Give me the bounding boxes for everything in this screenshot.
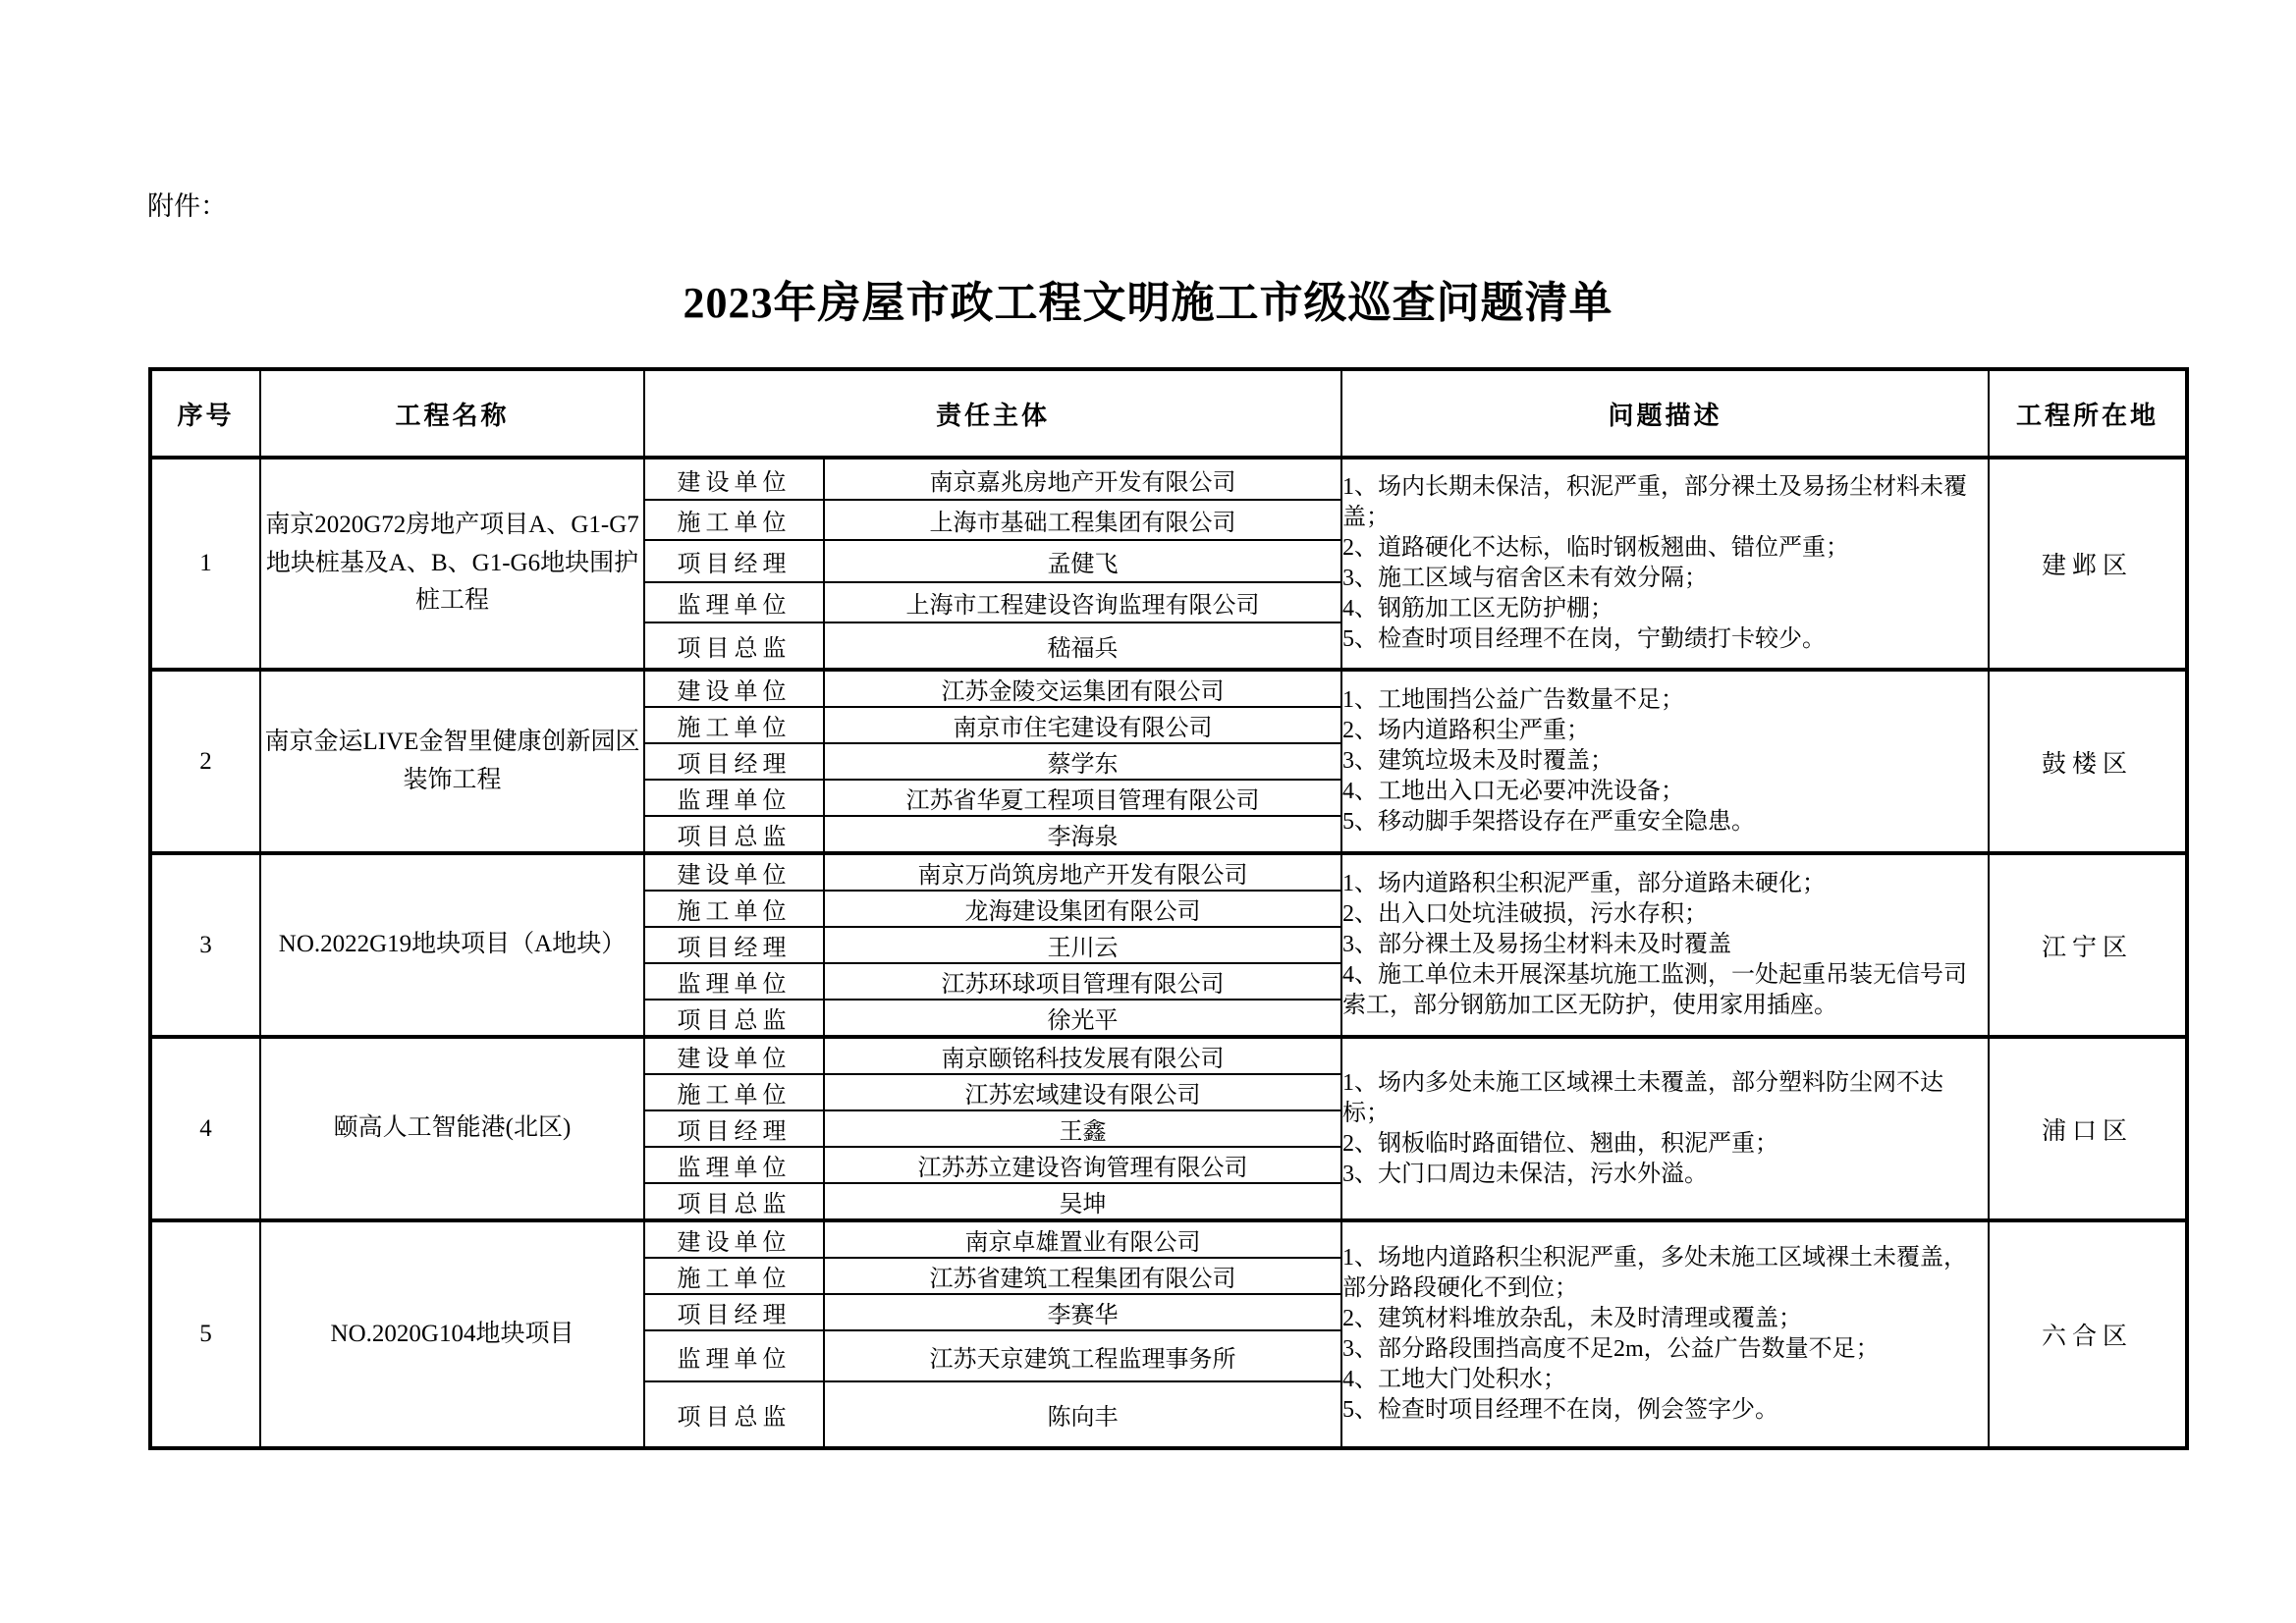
party-value-cell: 南京卓雄置业有限公司 xyxy=(824,1220,1341,1258)
header-problem-description: 问题描述 xyxy=(1341,369,1989,458)
problem-line: 2、场内道路积尘严重； xyxy=(1342,716,1988,746)
location-cell: 浦口区 xyxy=(1989,1037,2187,1220)
party-value-cell: 王川云 xyxy=(824,927,1341,963)
role-label-cell: 项目总监 xyxy=(644,1183,824,1220)
problem-line: 4、工地大门处积水； xyxy=(1342,1365,1988,1395)
role-label-cell: 施工单位 xyxy=(644,1074,824,1110)
header-location: 工程所在地 xyxy=(1989,369,2187,458)
row-index: 2 xyxy=(150,670,260,853)
party-value-cell: 江苏金陵交运集团有限公司 xyxy=(824,670,1341,707)
role-label-cell: 监理单位 xyxy=(644,963,824,1000)
problem-line: 4、工地出入口无必要冲洗设备； xyxy=(1342,777,1988,807)
role-label-cell: 建设单位 xyxy=(644,1220,824,1258)
problem-line: 4、施工单位未开展深基坑施工监测，一处起重吊装无信号司索工，部分钢筋加工区无防护… xyxy=(1342,960,1988,1021)
role-label-cell: 项目经理 xyxy=(644,1110,824,1147)
project-name-cell: NO.2020G104地块项目 xyxy=(260,1220,644,1448)
problem-cell: 1、场地内道路积尘积泥严重，多处未施工区域裸土未覆盖，部分路段硬化不到位； 2、… xyxy=(1341,1220,1989,1448)
problem-cell: 1、场内道路积尘积泥严重，部分道路未硬化； 2、出入口处坑洼破损，污水存积； 3… xyxy=(1341,853,1989,1037)
table-header-row: 序号 工程名称 责任主体 问题描述 工程所在地 xyxy=(150,369,2187,458)
header-responsible-party: 责任主体 xyxy=(644,369,1341,458)
location-cell: 江宁区 xyxy=(1989,853,2187,1037)
problem-line: 3、大门口周边未保洁，污水外溢。 xyxy=(1342,1160,1988,1190)
project-name-cell: NO.2022G19地块项目（A地块） xyxy=(260,853,644,1037)
party-value-cell: 江苏宏域建设有限公司 xyxy=(824,1074,1341,1110)
row-index: 4 xyxy=(150,1037,260,1220)
problem-line: 1、工地围挡公益广告数量不足； xyxy=(1342,685,1988,716)
problem-line: 1、场内长期未保洁，积泥严重，部分裸土及易扬尘材料未覆盖； xyxy=(1342,472,1988,533)
role-label-cell: 项目总监 xyxy=(644,622,824,670)
problem-line: 1、场地内道路积尘积泥严重，多处未施工区域裸土未覆盖，部分路段硬化不到位； xyxy=(1342,1243,1988,1304)
location-cell: 鼓楼区 xyxy=(1989,670,2187,853)
party-value-cell: 王鑫 xyxy=(824,1110,1341,1147)
party-value-cell: 孟健飞 xyxy=(824,540,1341,582)
project-name-cell: 颐高人工智能港(北区) xyxy=(260,1037,644,1220)
role-label-cell: 建设单位 xyxy=(644,458,824,500)
problem-line: 1、场内道路积尘积泥严重，部分道路未硬化； xyxy=(1342,869,1988,899)
role-label-cell: 监理单位 xyxy=(644,1330,824,1381)
page-title: 2023年房屋市政工程文明施工市级巡查问题清单 xyxy=(0,267,2296,330)
role-label-cell: 监理单位 xyxy=(644,780,824,816)
project-name-cell: 南京2020G72房地产项目A、G1-G7地块桩基及A、B、G1-G6地块围护桩… xyxy=(260,458,644,670)
role-label-cell: 建设单位 xyxy=(644,1037,824,1074)
problem-line: 1、场内多处未施工区域裸土未覆盖，部分塑料防尘网不达标； xyxy=(1342,1068,1988,1129)
table-row: 1 南京2020G72房地产项目A、G1-G7地块桩基及A、B、G1-G6地块围… xyxy=(150,458,2187,500)
table-row: 5 NO.2020G104地块项目 建设单位 南京卓雄置业有限公司 1、场地内道… xyxy=(150,1220,2187,1258)
role-label-cell: 监理单位 xyxy=(644,1147,824,1183)
party-value-cell: 南京颐铭科技发展有限公司 xyxy=(824,1037,1341,1074)
location-cell: 建邺区 xyxy=(1989,458,2187,670)
party-value-cell: 李赛华 xyxy=(824,1294,1341,1330)
location-cell: 六合区 xyxy=(1989,1220,2187,1448)
inspection-table: 序号 工程名称 责任主体 问题描述 工程所在地 1 南京2020G72房地产项目… xyxy=(148,367,2189,1450)
party-value-cell: 陈向丰 xyxy=(824,1381,1341,1448)
table-row: 2 南京金运LIVE金智里健康创新园区装饰工程 建设单位 江苏金陵交运集团有限公… xyxy=(150,670,2187,707)
role-label-cell: 项目总监 xyxy=(644,816,824,853)
table-row: 3 NO.2022G19地块项目（A地块） 建设单位 南京万尚筑房地产开发有限公… xyxy=(150,853,2187,891)
party-value-cell: 徐光平 xyxy=(824,1000,1341,1037)
table-row: 4 颐高人工智能港(北区) 建设单位 南京颐铭科技发展有限公司 1、场内多处未施… xyxy=(150,1037,2187,1074)
problem-line: 5、移动脚手架搭设存在严重安全隐患。 xyxy=(1342,807,1988,838)
role-label-cell: 建设单位 xyxy=(644,670,824,707)
problem-cell: 1、场内长期未保洁，积泥严重，部分裸土及易扬尘材料未覆盖； 2、道路硬化不达标，… xyxy=(1341,458,1989,670)
problem-line: 3、部分路段围挡高度不足2m，公益广告数量不足； xyxy=(1342,1334,1988,1365)
party-value-cell: 李海泉 xyxy=(824,816,1341,853)
row-index: 3 xyxy=(150,853,260,1037)
party-value-cell: 江苏省建筑工程集团有限公司 xyxy=(824,1258,1341,1294)
party-value-cell: 南京市住宅建设有限公司 xyxy=(824,707,1341,743)
party-value-cell: 上海市基础工程集团有限公司 xyxy=(824,500,1341,540)
party-value-cell: 南京万尚筑房地产开发有限公司 xyxy=(824,853,1341,891)
party-value-cell: 江苏环球项目管理有限公司 xyxy=(824,963,1341,1000)
party-value-cell: 吴坤 xyxy=(824,1183,1341,1220)
role-label-cell: 项目经理 xyxy=(644,743,824,780)
problem-line: 3、建筑垃圾未及时覆盖； xyxy=(1342,746,1988,777)
role-label-cell: 项目经理 xyxy=(644,1294,824,1330)
project-name-cell: 南京金运LIVE金智里健康创新园区装饰工程 xyxy=(260,670,644,853)
problem-line: 2、出入口处坑洼破损，污水存积； xyxy=(1342,899,1988,930)
role-label-cell: 施工单位 xyxy=(644,1258,824,1294)
role-label-cell: 施工单位 xyxy=(644,500,824,540)
header-index: 序号 xyxy=(150,369,260,458)
header-project-name: 工程名称 xyxy=(260,369,644,458)
party-value-cell: 上海市工程建设咨询监理有限公司 xyxy=(824,582,1341,622)
party-value-cell: 龙海建设集团有限公司 xyxy=(824,891,1341,927)
role-label-cell: 监理单位 xyxy=(644,582,824,622)
role-label-cell: 项目经理 xyxy=(644,927,824,963)
problem-line: 3、部分裸土及易扬尘材料未及时覆盖 xyxy=(1342,930,1988,960)
party-value-cell: 江苏天京建筑工程监理事务所 xyxy=(824,1330,1341,1381)
problem-line: 3、施工区域与宿舍区未有效分隔； xyxy=(1342,564,1988,594)
problem-line: 5、检查时项目经理不在岗，宁勤绩打卡较少。 xyxy=(1342,624,1988,655)
role-label-cell: 建设单位 xyxy=(644,853,824,891)
party-value-cell: 蔡学东 xyxy=(824,743,1341,780)
row-index: 5 xyxy=(150,1220,260,1448)
problem-line: 2、建筑材料堆放杂乱，未及时清理或覆盖； xyxy=(1342,1304,1988,1334)
role-label-cell: 项目总监 xyxy=(644,1381,824,1448)
role-label-cell: 项目经理 xyxy=(644,540,824,582)
party-value-cell: 嵇福兵 xyxy=(824,622,1341,670)
row-index: 1 xyxy=(150,458,260,670)
role-label-cell: 项目总监 xyxy=(644,1000,824,1037)
attachment-label: 附件： xyxy=(147,185,227,223)
role-label-cell: 施工单位 xyxy=(644,707,824,743)
problem-line: 4、钢筋加工区无防护棚； xyxy=(1342,594,1988,624)
problem-line: 2、钢板临时路面错位、翘曲，积泥严重； xyxy=(1342,1129,1988,1160)
problem-cell: 1、场内多处未施工区域裸土未覆盖，部分塑料防尘网不达标； 2、钢板临时路面错位、… xyxy=(1341,1037,1989,1220)
problem-line: 2、道路硬化不达标，临时钢板翘曲、错位严重； xyxy=(1342,533,1988,564)
problem-line: 5、检查时项目经理不在岗，例会签字少。 xyxy=(1342,1395,1988,1426)
role-label-cell: 施工单位 xyxy=(644,891,824,927)
party-value-cell: 南京嘉兆房地产开发有限公司 xyxy=(824,458,1341,500)
problem-cell: 1、工地围挡公益广告数量不足； 2、场内道路积尘严重； 3、建筑垃圾未及时覆盖；… xyxy=(1341,670,1989,853)
party-value-cell: 江苏省华夏工程项目管理有限公司 xyxy=(824,780,1341,816)
party-value-cell: 江苏苏立建设咨询管理有限公司 xyxy=(824,1147,1341,1183)
